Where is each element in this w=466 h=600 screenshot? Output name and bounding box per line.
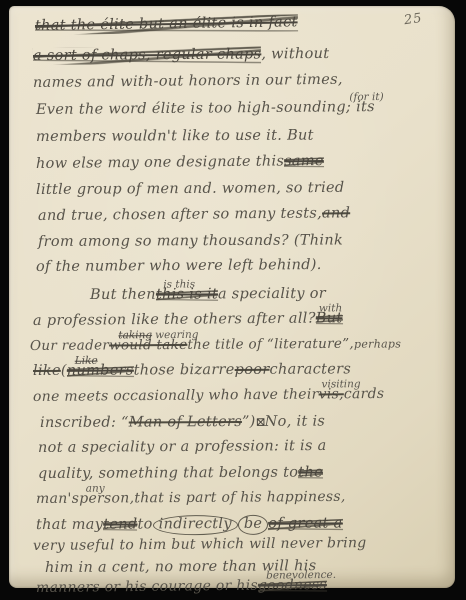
inserted-text-above: Like xyxy=(75,355,101,366)
handwriting-text: little group of men and. women, so tried xyxy=(36,180,345,199)
handwriting-text: manners or his courage or his xyxy=(36,578,258,597)
handwriting-line: Even the word élite is too high-sounding… xyxy=(36,99,375,119)
struck-text: Butwith xyxy=(316,310,343,327)
struck-text: goodnessbenevolence. xyxy=(258,577,327,595)
handwriting-text: how else may one designate this xyxy=(36,153,284,173)
handwriting-line: a sort of chaps, regular chaps, without xyxy=(33,46,329,65)
handwriting-line: quality, something that belongs to the xyxy=(38,465,323,483)
insert-text: is this xyxy=(163,278,195,290)
insert-text: benevolence. xyxy=(266,569,336,582)
handwriting-text: characters xyxy=(269,361,351,378)
handwriting-text: that is part of his happiness, xyxy=(134,489,345,507)
circled-text: be xyxy=(238,515,269,535)
handwriting-text: the title of “literature”, xyxy=(187,336,354,354)
handwriting-text: that may xyxy=(36,517,103,534)
insert-text: any xyxy=(86,482,105,494)
handwriting-text: Even the word élite is too high-sounding xyxy=(36,99,346,119)
handwriting-text: No, it is xyxy=(265,414,326,431)
handwriting-text: perhaps xyxy=(354,335,401,352)
handwriting-line: from among so many thousands? (Think xyxy=(38,232,343,251)
handwriting-line: like( numbersLike those bizarre poor cha… xyxy=(33,361,351,380)
handwriting-text: and true, chosen after so many tests, xyxy=(38,206,322,225)
handwriting-line: that may tend to indirectly be of great … xyxy=(36,514,343,536)
handwriting-line: members wouldn't like to use it. But xyxy=(36,128,314,146)
struck-text: Man of Letters xyxy=(129,414,242,432)
handwriting-text: of the number who were left behind). xyxy=(36,257,322,276)
struck-text: same xyxy=(284,153,324,170)
handwriting-line: that the élite but an élite is in fact xyxy=(35,14,298,35)
handwriting-text: But then xyxy=(90,287,156,304)
handwriting-text: person, any xyxy=(79,490,134,507)
circled-text: indirectly xyxy=(153,515,238,535)
struck-text: numbersLike xyxy=(67,362,134,379)
handwriting-text: to xyxy=(137,516,152,533)
struck-text: a sort of chaps, regular chaps xyxy=(33,46,261,65)
insert-text: with xyxy=(319,302,342,314)
handwriting-text: not a speciality or a profession: it is … xyxy=(38,438,327,457)
manuscript-page: 25 that the élite but an élite is in fac… xyxy=(9,6,455,588)
struck-text: that the élite but an élite is in fact xyxy=(35,14,298,35)
handwriting-line: of the number who were left behind). xyxy=(36,257,322,276)
inserted-text-above: any xyxy=(86,483,105,494)
struck-text: this is itis this xyxy=(156,286,218,303)
handwriting-text: ; its(for it) xyxy=(346,99,375,116)
handwriting-line: one meets occasionally who have their vi… xyxy=(33,386,385,406)
struck-text: of great a xyxy=(268,515,342,532)
handwriting-text: one meets occasionally who have their xyxy=(33,387,319,406)
handwriting-text: man's xyxy=(36,491,79,508)
handwriting-text: , without xyxy=(261,46,329,63)
handwriting-line: not a speciality or a profession: it is … xyxy=(38,438,327,457)
handwriting-line: names and with-out honors in our times, xyxy=(33,72,343,92)
handwriting-line: very useful to him but which will never … xyxy=(33,535,367,555)
struck-text: and xyxy=(322,205,350,222)
manuscript-lines: that the élite but an élite is in facta … xyxy=(9,6,455,588)
handwriting-line: how else may one designate this same xyxy=(36,153,324,173)
struck-text: vis,visiting xyxy=(319,386,344,403)
handwriting-line: a profession like the others after all? … xyxy=(33,310,343,330)
inserted-text-above: (for it) xyxy=(349,92,383,103)
struck-text: poor xyxy=(235,362,270,379)
inserted-text-above: benevolence. xyxy=(266,570,336,582)
handwriting-line: But then this is itis this a speciality … xyxy=(90,286,326,304)
handwriting-text: Our reader xyxy=(30,337,109,355)
handwriting-line: man's person, anythat is part of his hap… xyxy=(36,489,346,508)
handwriting-line: and true, chosen after so many tests, an… xyxy=(38,205,350,225)
handwriting-text: members wouldn't like to use it. But xyxy=(36,128,314,146)
handwriting-text: ”) xyxy=(242,414,256,431)
struck-text: would taketakingwearing xyxy=(109,337,187,355)
handwriting-text: names and with-out honors in our times, xyxy=(33,72,343,92)
inserted-text-above: with xyxy=(319,303,342,314)
handwriting-text: those bizarre xyxy=(134,362,235,380)
handwriting-line: manners or his courage or his goodnessbe… xyxy=(36,577,327,597)
handwriting-text: from among so many thousands? (Think xyxy=(38,232,343,251)
handwriting-text: cards xyxy=(344,386,385,403)
struck-insert-text: Like xyxy=(75,354,98,366)
handwriting-text: very useful to him but which will never … xyxy=(33,535,367,555)
struck-insert-text: taking xyxy=(118,329,152,341)
handwriting-text: a speciality or xyxy=(218,286,326,304)
handwriting-text: a profession like the others after all? xyxy=(33,311,316,330)
handwriting-text: quality, something that belongs to xyxy=(38,465,298,483)
insert-text: (for it) xyxy=(349,91,383,103)
handwriting-line: Our reader would taketakingwearing the t… xyxy=(30,335,401,355)
struck-text: tend xyxy=(103,516,137,533)
handwriting-line: inscribed: “Man of Letters”) ⊠ No, it is xyxy=(40,414,325,432)
manuscript-photo: 25 that the élite but an élite is in fac… xyxy=(0,0,466,600)
handwriting-line: little group of men and. women, so tried xyxy=(36,180,345,199)
inserted-text-above: is this xyxy=(163,279,195,290)
struck-text: the xyxy=(298,465,323,482)
handwriting-text: inscribed: “ xyxy=(40,415,129,432)
scribble-mark: ⊠ xyxy=(256,414,265,431)
struck-text: like xyxy=(33,363,61,380)
